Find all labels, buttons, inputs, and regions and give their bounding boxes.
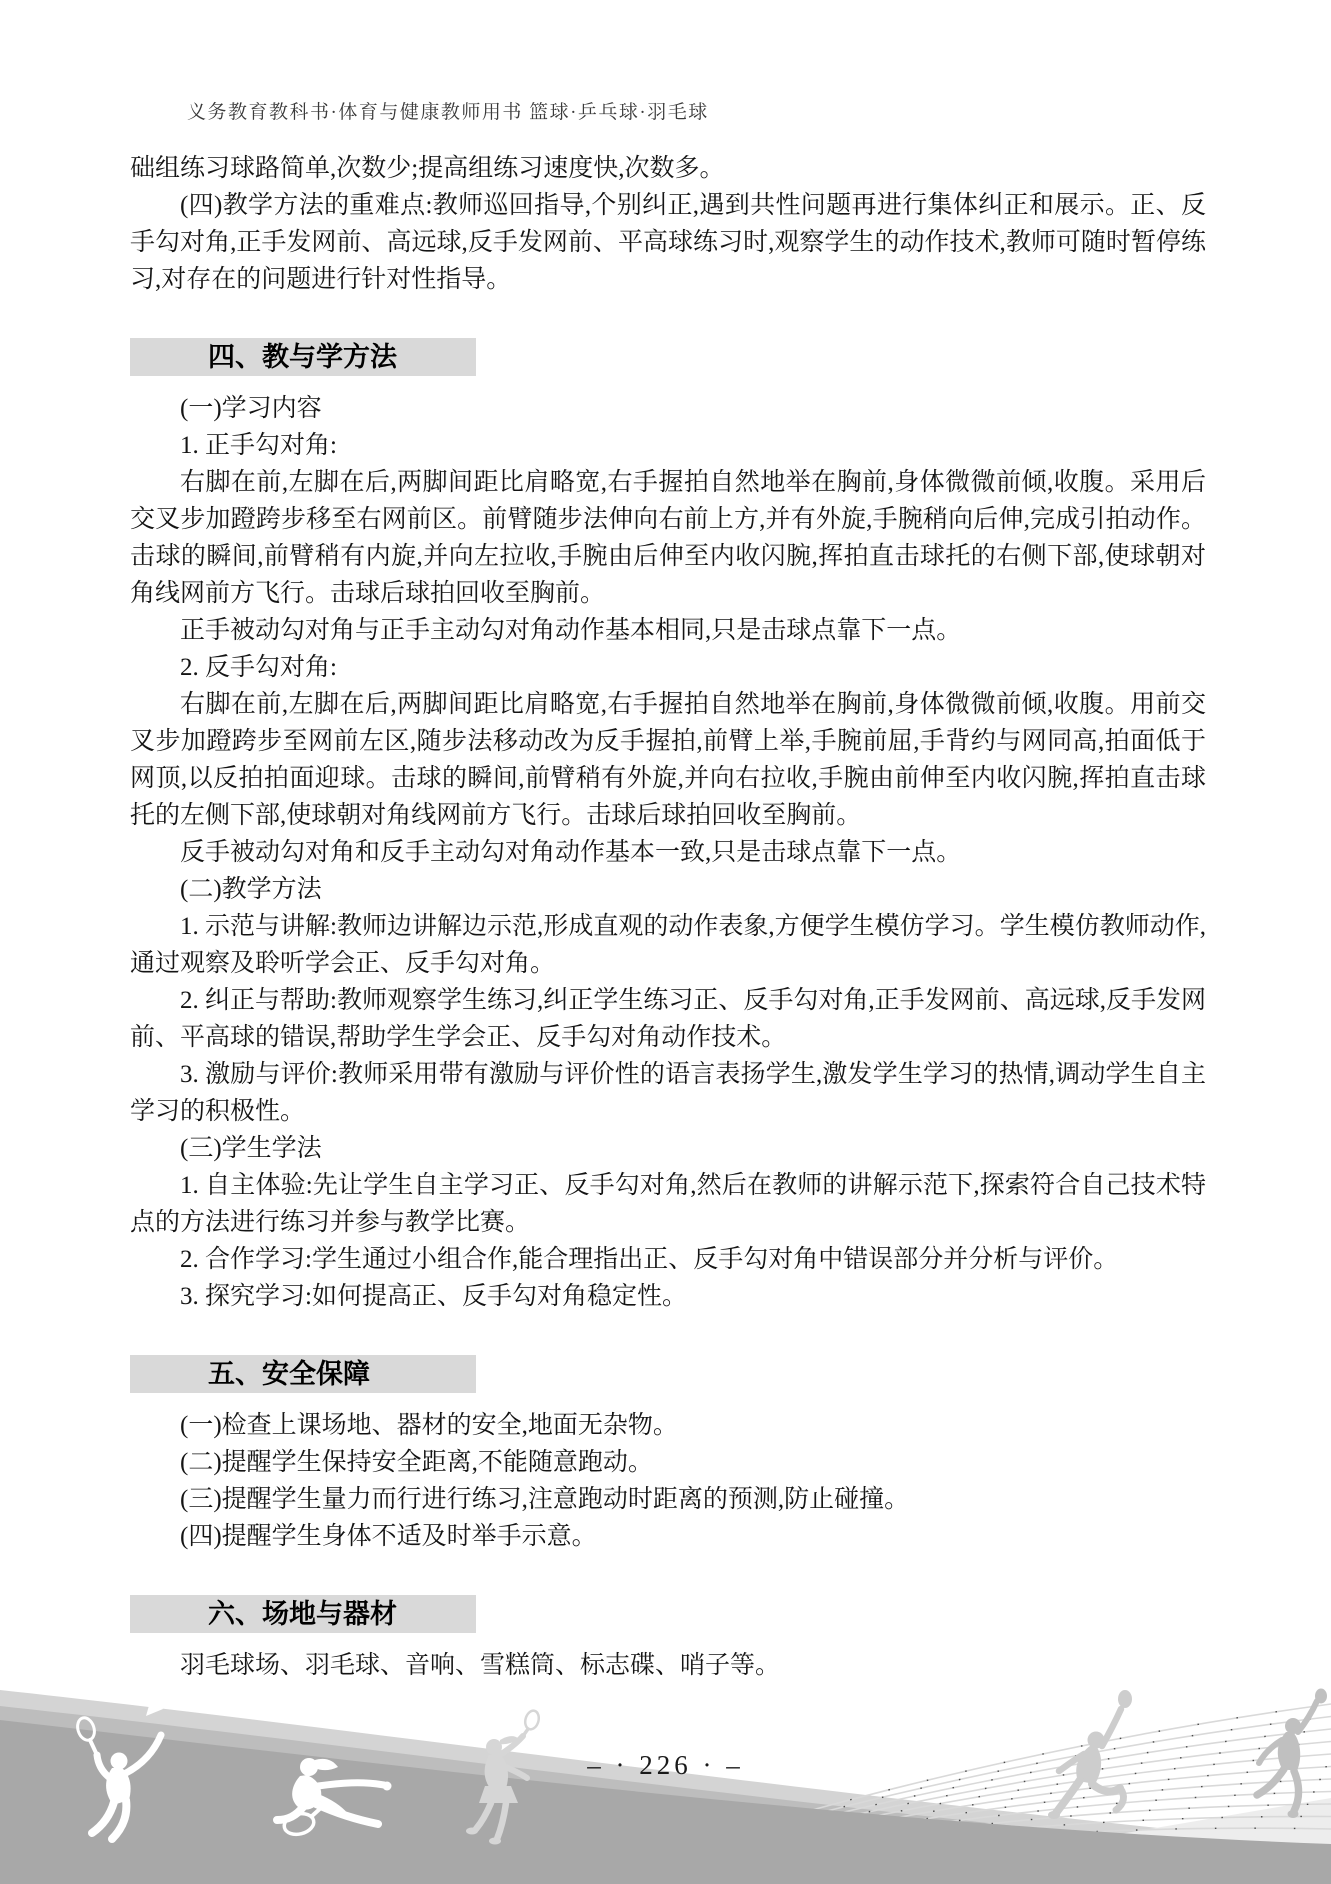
body-paragraph: 础组练习球路简单,次数少;提高组练习速度快,次数多。: [130, 150, 1206, 187]
body-paragraph: 1. 正手勾对角:: [130, 427, 1206, 464]
body-paragraph: 3. 探究学习:如何提高正、反手勾对角稳定性。: [130, 1278, 1206, 1315]
body-paragraph: (四)提醒学生身体不适及时举手示意。: [130, 1518, 1206, 1555]
body-paragraph: 2. 反手勾对角:: [130, 649, 1206, 686]
body-paragraph: (三)学生学法: [130, 1130, 1206, 1167]
footer-decoration: [0, 1688, 1331, 1884]
textbook-page: 义务教育教科书·体育与健康教师用书 篮球·乒乓球·羽毛球 础组练习球路简单,次数…: [0, 0, 1331, 1884]
body-paragraph: (一)检查上课场地、器材的安全,地面无杂物。: [130, 1407, 1206, 1444]
body-paragraph: (四)教学方法的重难点:教师巡回指导,个别纠正,遇到共性问题再进行集体纠正和展示…: [130, 187, 1206, 298]
section-heading: 六、场地与器材: [130, 1595, 476, 1633]
body-paragraph: 右脚在前,左脚在后,两脚间距比肩略宽,右手握拍自然地举在胸前,身体微微前倾,收腹…: [130, 686, 1206, 834]
body-paragraph: 反手被动勾对角和反手主动勾对角动作基本一致,只是击球点靠下一点。: [130, 834, 1206, 871]
body-paragraph: 1. 自主体验:先让学生自主学习正、反手勾对角,然后在教师的讲解示范下,探索符合…: [130, 1167, 1206, 1241]
body-paragraph: 2. 纠正与帮助:教师观察学生练习,纠正学生练习正、反手勾对角,正手发网前、高远…: [130, 982, 1206, 1056]
body-paragraph: (二)教学方法: [130, 871, 1206, 908]
body-paragraph: (三)提醒学生量力而行进行练习,注意跑动时距离的预测,防止碰撞。: [130, 1481, 1206, 1518]
body-paragraph: 正手被动勾对角与正手主动勾对角动作基本相同,只是击球点靠下一点。: [130, 612, 1206, 649]
racket-icon: [523, 1709, 541, 1731]
racket-icon: [1315, 1689, 1327, 1704]
body-paragraph: 3. 激励与评价:教师采用带有激励与评价性的语言表扬学生,激发学生学习的热情,调…: [130, 1056, 1206, 1130]
section-heading: 五、安全保障: [130, 1355, 476, 1393]
body-paragraph: (二)提醒学生保持安全距离,不能随意跑动。: [130, 1444, 1206, 1481]
page-content: 础组练习球路简单,次数少;提高组练习速度快,次数多。 (四)教学方法的重难点:教…: [130, 150, 1206, 1684]
body-paragraph: 2. 合作学习:学生通过小组合作,能合理指出正、反手勾对角中错误部分并分析与评价…: [130, 1241, 1206, 1278]
body-paragraph: 羽毛球场、羽毛球、音响、雪糕筒、标志碟、哨子等。: [130, 1647, 1206, 1684]
body-paragraph: 右脚在前,左脚在后,两脚间距比肩略宽,右手握拍自然地举在胸前,身体微微前倾,收腹…: [130, 464, 1206, 612]
running-header: 义务教育教科书·体育与健康教师用书 篮球·乒乓球·羽毛球: [187, 97, 709, 124]
page-number: – · 226 · –: [0, 1750, 1331, 1781]
racket-icon: [1118, 1690, 1132, 1708]
body-paragraph: 1. 示范与讲解:教师边讲解边示范,形成直观的动作表象,方便学生模仿学习。学生模…: [130, 908, 1206, 982]
body-paragraph: (一)学习内容: [130, 390, 1206, 427]
section-heading: 四、教与学方法: [130, 338, 476, 376]
